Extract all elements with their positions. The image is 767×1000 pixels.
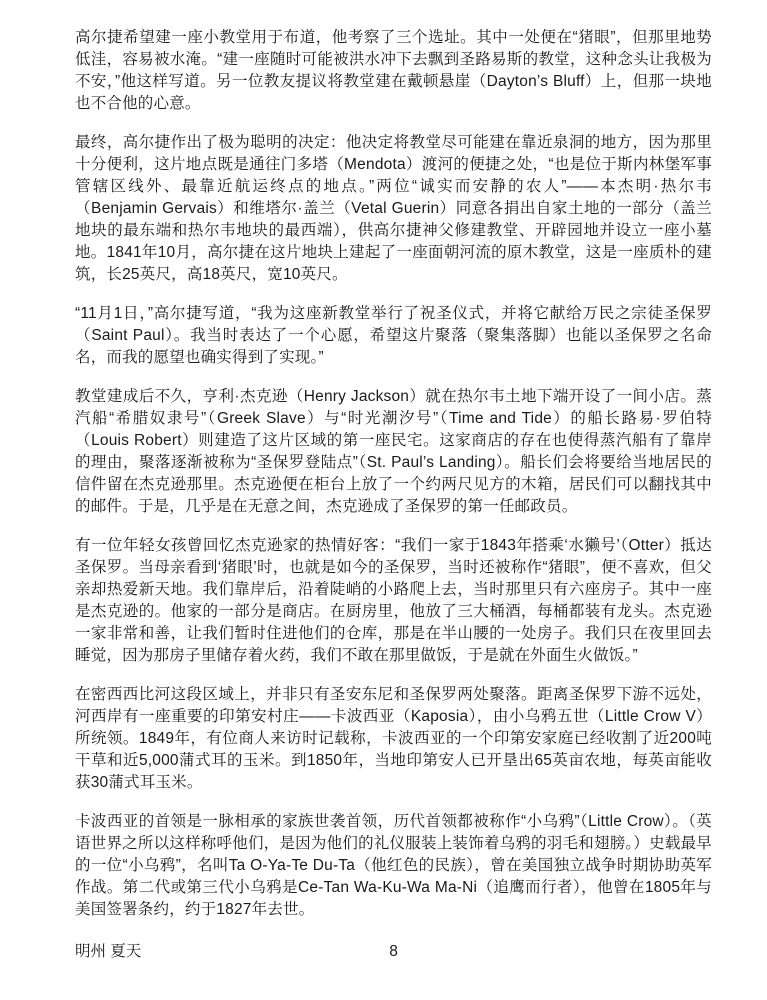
paragraph-4: 教堂建成后不久，亨利·杰克逊（Henry Jackson）就在热尔韦土地下端开设… [75, 386, 712, 518]
paragraph-6: 在密西西比河这段区域上，并非只有圣安东尼和圣保罗两处聚落。距离圣保罗下游不远处，… [75, 684, 712, 794]
paragraph-2: 最终，高尔捷作出了极为聪明的决定：他决定将教堂尽可能建在靠近泉洞的地方，因为那里… [75, 132, 712, 286]
paragraph-3: “11月1日，”高尔捷写道，“我为这座新教堂举行了祝圣仪式，并将它献给万民之宗徒… [75, 303, 712, 369]
paragraph-7: 卡波西亚的首领是一脉相承的家族世袭首领，历代首领都被称作“小乌鸦”（Little… [75, 811, 712, 921]
document-page: 高尔捷希望建一座小教堂用于布道，他考察了三个选址。其中一处便在“猪眼”，但那里地… [0, 0, 767, 1000]
page-number: 8 [75, 941, 712, 963]
document-body: 高尔捷希望建一座小教堂用于布道，他考察了三个选址。其中一处便在“猪眼”，但那里地… [75, 27, 712, 938]
page-footer: 明州 夏天 8 [75, 941, 712, 963]
paragraph-1: 高尔捷希望建一座小教堂用于布道，他考察了三个选址。其中一处便在“猪眼”，但那里地… [75, 27, 712, 115]
paragraph-5: 有一位年轻女孩曾回忆杰克逊家的热情好客：“我们一家于1843年搭乘‘水獭号’（O… [75, 535, 712, 667]
